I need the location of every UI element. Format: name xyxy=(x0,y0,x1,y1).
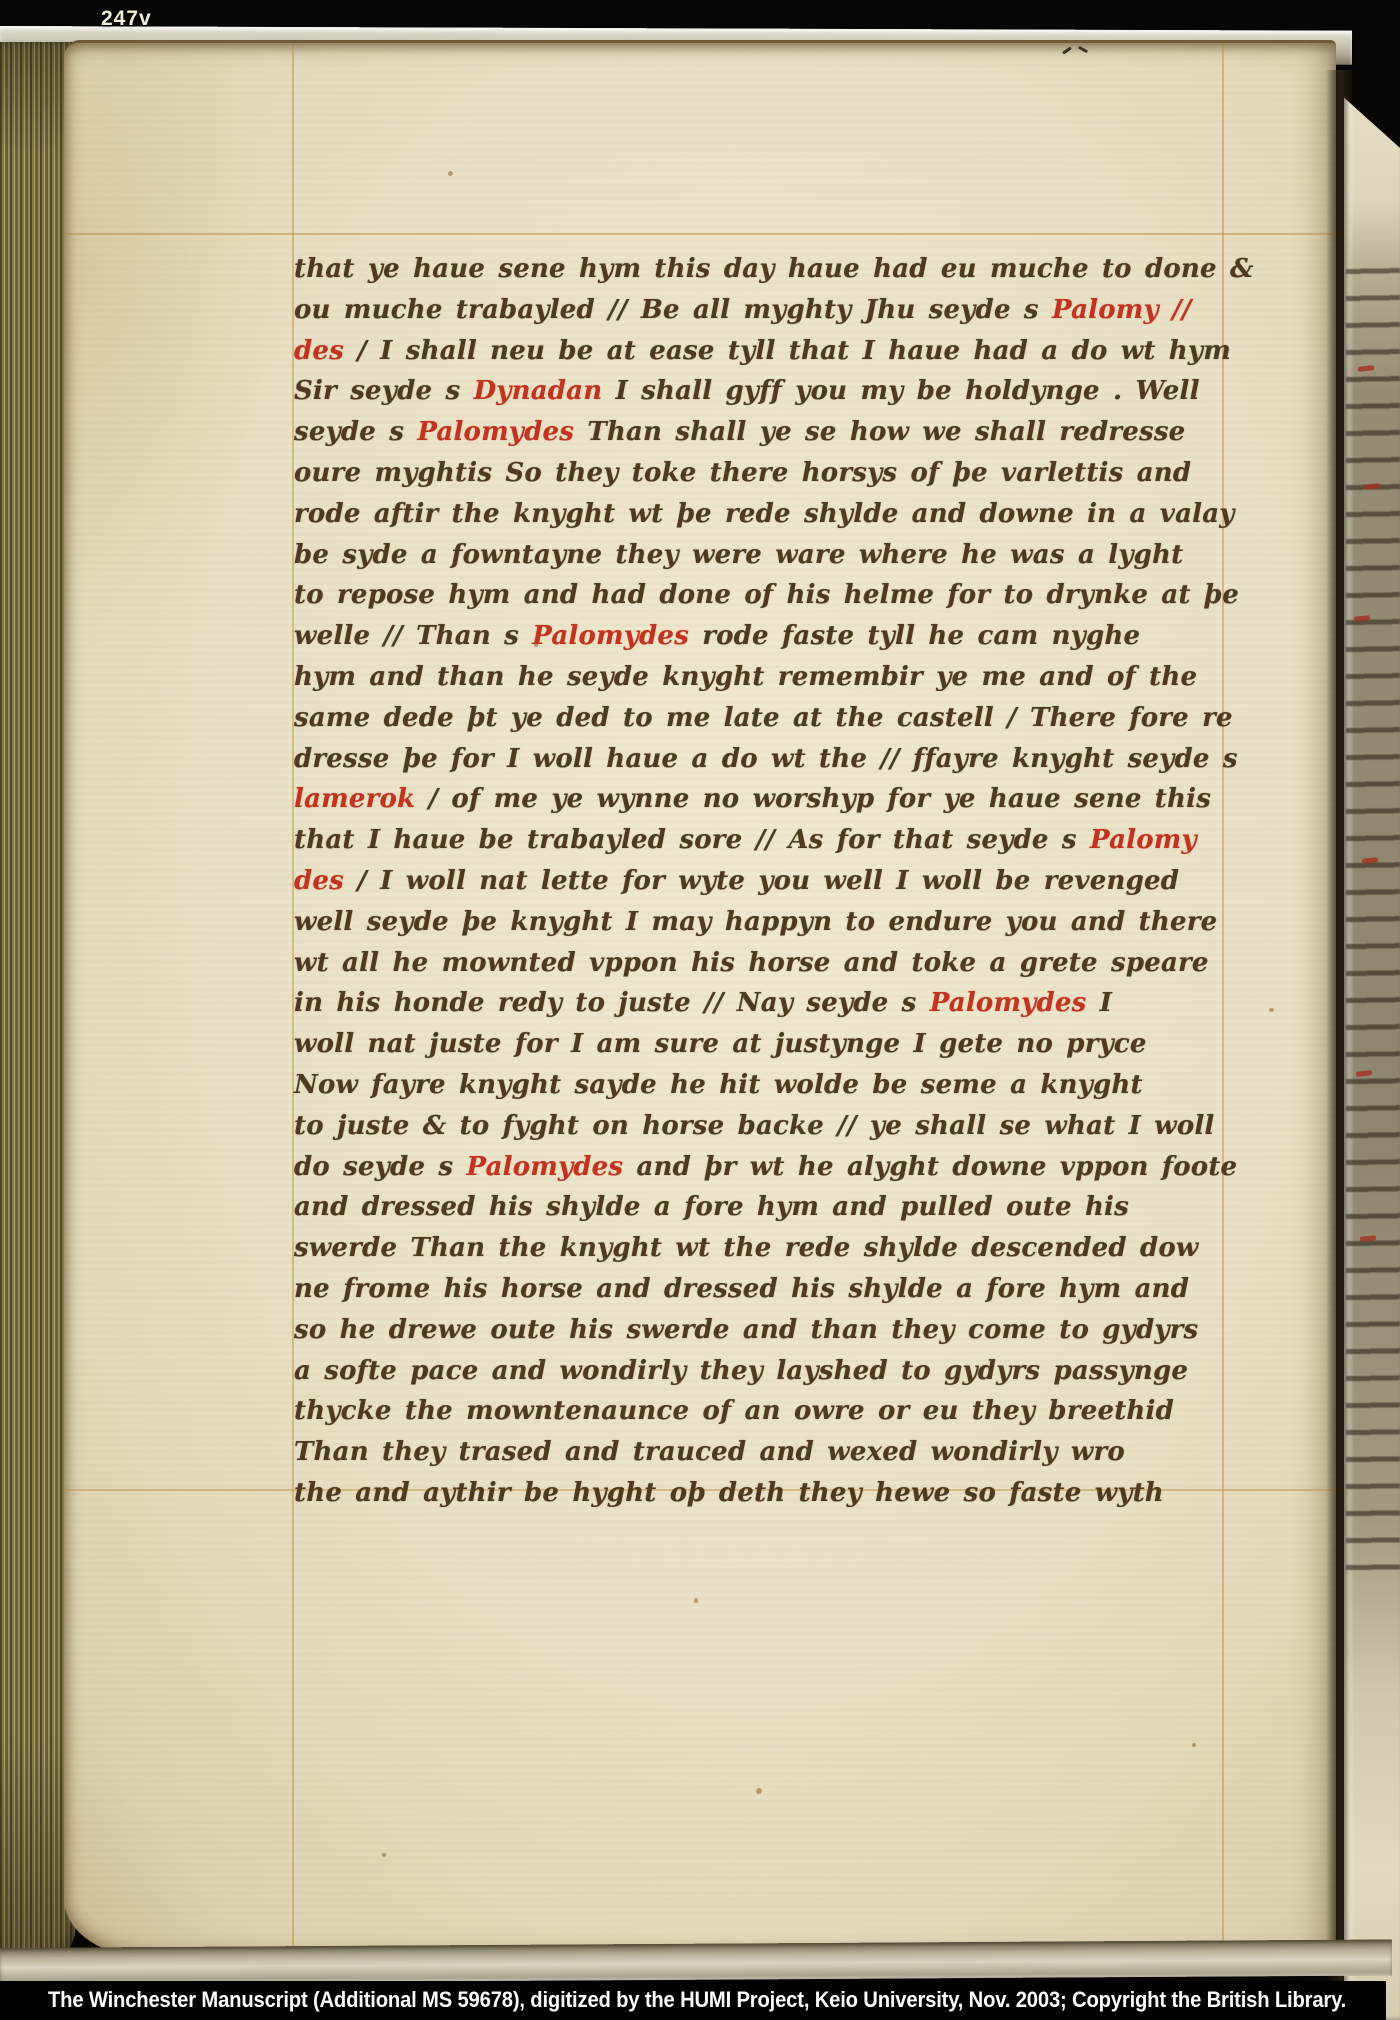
manuscript-line: in his honde redy to juste // Nay seyde … xyxy=(294,983,1242,1024)
foxing-spot xyxy=(694,1598,698,1603)
manuscript-line: to juste & to fyght on horse backe // ye… xyxy=(294,1106,1242,1147)
manuscript-line: the and aythir be hyght oþ deth they hew… xyxy=(294,1473,1242,1514)
manuscript-line: des / I woll nat lette for wyte you well… xyxy=(294,861,1242,902)
foxing-spot xyxy=(756,1788,762,1794)
manuscript-line: do seyde s Palomydes and þr wt he alyght… xyxy=(294,1147,1242,1188)
caption-text: The Winchester Manuscript (Additional MS… xyxy=(48,1987,1346,2013)
rubric-text: lamerok xyxy=(294,784,415,814)
ink-text: welle // Than s xyxy=(294,621,532,651)
ink-text: rode aftir the knyght wt þe rede shylde … xyxy=(294,499,1235,529)
ink-text: a softe pace and wondirly they layshed t… xyxy=(294,1356,1188,1386)
ink-text: and þr wt he alyght downe vppon foote xyxy=(623,1152,1237,1182)
manuscript-line: well seyde þe knyght I may happyn to end… xyxy=(294,902,1242,943)
manuscript-line: woll nat juste for I am sure at justynge… xyxy=(294,1024,1242,1065)
foxing-spot xyxy=(1269,1008,1274,1012)
ink-text: / I woll nat lette for wyte you well I w… xyxy=(344,866,1179,896)
foxing-spot xyxy=(448,171,453,176)
ink-text: that I haue be trabayled sore // As for … xyxy=(294,825,1090,855)
manuscript-line: same dede þt ye ded to me late at the ca… xyxy=(294,698,1242,739)
ink-text: / I shall neu be at ease tyll that I hau… xyxy=(344,336,1231,366)
manuscript-line: wt all he mownted vppon his horse and to… xyxy=(294,943,1242,984)
manuscript-line: that ye haue sene hym this day haue had … xyxy=(294,249,1242,290)
ink-text: thycke the mowntenaunce of an owre or eu… xyxy=(294,1396,1174,1426)
ink-text: Now fayre knyght sayde he hit wolde be s… xyxy=(294,1070,1143,1100)
ink-text: I xyxy=(1086,988,1112,1018)
ink-text: seyde s xyxy=(294,417,417,447)
facing-page-text-showthrough xyxy=(1346,260,1400,1575)
facing-page-edge xyxy=(1344,86,1400,2020)
book-bottom-edge xyxy=(0,1939,1392,1984)
foxing-spot xyxy=(382,1853,386,1857)
foxing-spot xyxy=(1192,1743,1196,1747)
ink-text: ou muche trabayled // Be all myghty Jhu … xyxy=(294,295,1052,325)
ink-text: in his honde redy to juste // Nay seyde … xyxy=(294,988,930,1018)
ink-text: be syde a fowntayne they were ware where… xyxy=(294,540,1183,570)
manuscript-line: Sir seyde s Dynadan I shall gyff you my … xyxy=(294,371,1242,412)
rubric-text: Palomydes xyxy=(532,621,689,651)
ink-text: woll nat juste for I am sure at justynge… xyxy=(294,1029,1147,1059)
rubric-text: Palomydes xyxy=(417,417,574,447)
ink-text: / of me ye wynne no worshyp for ye haue … xyxy=(415,784,1211,814)
ink-text: to repose hym and had done of his helme … xyxy=(294,580,1239,610)
ink-text: I shall gyff you my be holdynge . Well xyxy=(602,376,1199,406)
ink-text: Than shall ye se how we shall redresse xyxy=(574,417,1185,447)
ink-text: that ye haue sene hym this day haue had … xyxy=(294,254,1254,284)
manuscript-line: ou muche trabayled // Be all myghty Jhu … xyxy=(294,290,1242,331)
manuscript-line: ne frome his horse and dressed his shyld… xyxy=(294,1269,1242,1310)
ink-mark xyxy=(1062,46,1072,54)
ink-text: well seyde þe knyght I may happyn to end… xyxy=(294,907,1217,937)
manuscript-line: Now fayre knyght sayde he hit wolde be s… xyxy=(294,1065,1242,1106)
foxing-spot xyxy=(534,643,538,647)
ink-text: Sir seyde s xyxy=(294,376,474,406)
manuscript-line: oure myghtis So they toke there horsys o… xyxy=(294,453,1242,494)
manuscript-line: seyde s Palomydes Than shall ye se how w… xyxy=(294,412,1242,453)
manuscript-line: swerde Than the knyght wt the rede shyld… xyxy=(294,1228,1242,1269)
ink-text: and dressed his shylde a fore hym and pu… xyxy=(294,1192,1129,1222)
ink-text: to juste & to fyght on horse backe // ye… xyxy=(294,1111,1215,1141)
ink-mark xyxy=(1078,46,1088,53)
manuscript-line: hym and than he seyde knyght remembir ye… xyxy=(294,657,1242,698)
ink-text: do seyde s xyxy=(294,1152,467,1182)
ink-text: same dede þt ye ded to me late at the ca… xyxy=(294,703,1233,733)
ink-text: wt all he mownted vppon his horse and to… xyxy=(294,948,1209,978)
rubric-text: des xyxy=(294,336,344,366)
manuscript-line: welle // Than s Palomydes rode faste tyl… xyxy=(294,616,1242,657)
digitized-manuscript-view: 247v that ye haue sene hym this day haue… xyxy=(0,0,1400,2020)
manuscript-line: rode aftir the knyght wt þe rede shylde … xyxy=(294,494,1242,535)
ink-text: the and aythir be hyght oþ deth they hew… xyxy=(294,1478,1164,1508)
manuscript-line: so he drewe oute his swerde and than the… xyxy=(294,1310,1242,1351)
ink-text: rode faste tyll he cam nyghe xyxy=(689,621,1140,651)
manuscript-line: lamerok / of me ye wynne no worshyp for … xyxy=(294,779,1242,820)
manuscript-line: des / I shall neu be at ease tyll that I… xyxy=(294,331,1242,372)
manuscript-line: to repose hym and had done of his helme … xyxy=(294,575,1242,616)
ink-text: ne frome his horse and dressed his shyld… xyxy=(294,1274,1189,1304)
rubric-text: Palomydes xyxy=(930,988,1087,1018)
rubric-text: Dynadan xyxy=(474,376,603,406)
ink-text: swerde Than the knyght wt the rede shyld… xyxy=(294,1233,1199,1263)
manuscript-line: dresse þe for I woll haue a do wt the //… xyxy=(294,739,1242,780)
manuscript-line: that I haue be trabayled sore // As for … xyxy=(294,820,1242,861)
ink-text: Than they trased and trauced and wexed w… xyxy=(294,1437,1125,1467)
rubric-text: Palomydes xyxy=(467,1152,624,1182)
manuscript-page: that ye haue sene hym this day haue had … xyxy=(64,40,1336,1959)
ink-text: dresse þe for I woll haue a do wt the //… xyxy=(294,744,1238,774)
manuscript-line: Than they trased and trauced and wexed w… xyxy=(294,1432,1242,1473)
manuscript-line: be syde a fowntayne they were ware where… xyxy=(294,535,1242,576)
caption-bar: The Winchester Manuscript (Additional MS… xyxy=(0,1981,1386,2020)
ink-text: hym and than he seyde knyght remembir ye… xyxy=(294,662,1197,692)
rubric-text: Palomy // xyxy=(1052,295,1191,325)
manuscript-line: a softe pace and wondirly they layshed t… xyxy=(294,1351,1242,1392)
ruling-line-top xyxy=(64,233,1336,235)
ink-text: oure myghtis So they toke there horsys o… xyxy=(294,458,1191,488)
rubric-text: des xyxy=(294,866,344,896)
manuscript-text-block: that ye haue sene hym this day haue had … xyxy=(294,249,1242,1514)
rubric-text: Palomy xyxy=(1090,825,1197,855)
manuscript-line: thycke the mowntenaunce of an owre or eu… xyxy=(294,1391,1242,1432)
ink-text: so he drewe oute his swerde and than the… xyxy=(294,1315,1198,1345)
manuscript-line: and dressed his shylde a fore hym and pu… xyxy=(294,1187,1242,1228)
folio-number: 247v xyxy=(101,7,152,31)
